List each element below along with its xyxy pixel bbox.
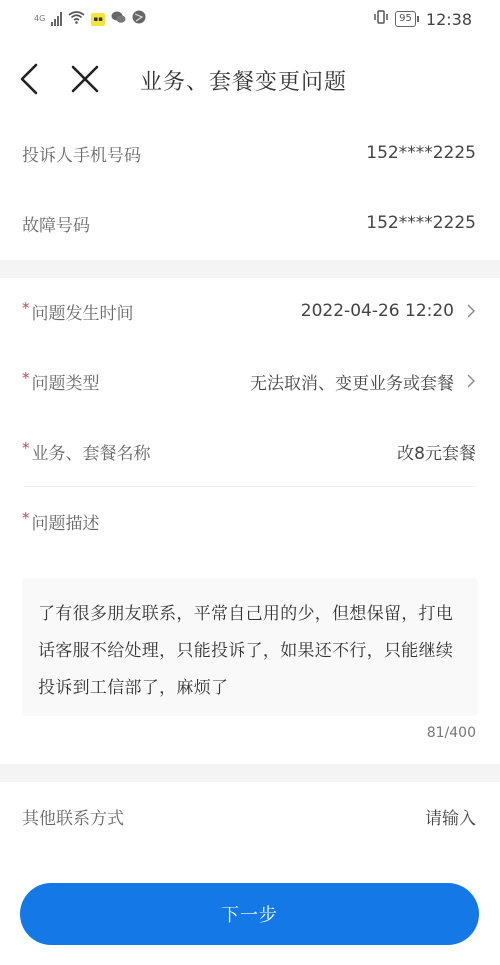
occurrence-time-value-wrap: 2022-04-26 12:20 bbox=[301, 301, 476, 321]
battery-icon: 95 bbox=[395, 11, 416, 27]
occurrence-time-label: 问题发生时间 bbox=[32, 299, 134, 324]
required-mark: * bbox=[22, 509, 30, 527]
browser-icon bbox=[132, 10, 146, 28]
chat-icon bbox=[111, 10, 126, 28]
issue-type-label-wrap: * 问题类型 bbox=[22, 369, 100, 394]
section-divider bbox=[0, 764, 500, 782]
fault-number-label: 故障号码 bbox=[22, 211, 90, 236]
wifi-icon bbox=[68, 10, 85, 28]
vibrate-icon bbox=[373, 9, 389, 29]
description-label-row: * 问题描述 bbox=[0, 498, 500, 544]
close-icon[interactable] bbox=[70, 64, 100, 94]
issue-type-label: 问题类型 bbox=[32, 369, 100, 394]
complainant-phone-value: 152****2225 bbox=[366, 143, 476, 163]
occurrence-time-value: 2022-04-26 12:20 bbox=[301, 301, 454, 321]
status-bar: 4G ▪▪ 95 12:38 bbox=[0, 0, 500, 38]
fault-number-row: 故障号码 152****2225 bbox=[0, 200, 500, 246]
top-nav: 业务、套餐变更问题 bbox=[0, 48, 500, 108]
issue-type-value-wrap: 无法取消、变更业务或套餐 bbox=[250, 369, 476, 394]
page-title: 业务、套餐变更问题 bbox=[140, 65, 347, 96]
next-step-button[interactable]: 下一步 bbox=[20, 883, 479, 945]
signal-bars-icon bbox=[51, 12, 62, 26]
status-left: 4G ▪▪ bbox=[34, 10, 146, 28]
status-right: 95 12:38 bbox=[373, 9, 472, 29]
row-divider bbox=[24, 486, 476, 487]
fault-number-value: 152****2225 bbox=[366, 213, 476, 233]
chevron-left-icon[interactable] bbox=[16, 62, 44, 96]
network-type-label: 4G bbox=[34, 15, 45, 23]
section-divider bbox=[0, 260, 500, 278]
required-mark: * bbox=[22, 299, 30, 317]
occurrence-time-label-wrap: * 问题发生时间 bbox=[22, 299, 134, 324]
issue-type-row[interactable]: * 问题类型 无法取消、变更业务或套餐 bbox=[0, 358, 500, 404]
character-counter: 81/400 bbox=[427, 725, 476, 741]
service-name-value[interactable]: 改8元套餐 bbox=[397, 439, 476, 464]
occurrence-time-row[interactable]: * 问题发生时间 2022-04-26 12:20 bbox=[0, 288, 500, 334]
required-mark: * bbox=[22, 369, 30, 387]
chevron-right-icon bbox=[466, 373, 476, 389]
issue-type-value: 无法取消、变更业务或套餐 bbox=[250, 369, 454, 394]
description-label-wrap: * 问题描述 bbox=[22, 509, 100, 534]
service-name-label-wrap: * 业务、套餐名称 bbox=[22, 439, 151, 464]
complainant-phone-row: 投诉人手机号码 152****2225 bbox=[0, 130, 500, 176]
complainant-phone-label: 投诉人手机号码 bbox=[22, 141, 141, 166]
description-textarea[interactable]: 了有很多朋友联系，平常自己用的少，但想保留，打电话客服不给处理，只能投诉了，如果… bbox=[22, 578, 478, 716]
description-label: 问题描述 bbox=[32, 509, 100, 534]
service-name-row[interactable]: * 业务、套餐名称 改8元套餐 bbox=[0, 428, 500, 474]
app-badge-icon: ▪▪ bbox=[91, 13, 105, 26]
other-contact-input[interactable]: 请输入 bbox=[425, 804, 476, 829]
other-contact-label: 其他联系方式 bbox=[22, 804, 124, 829]
service-name-label: 业务、套餐名称 bbox=[32, 439, 151, 464]
required-mark: * bbox=[22, 439, 30, 457]
other-contact-row: 其他联系方式 请输入 bbox=[0, 793, 500, 839]
clock: 12:38 bbox=[426, 10, 472, 29]
chevron-right-icon bbox=[466, 303, 476, 319]
